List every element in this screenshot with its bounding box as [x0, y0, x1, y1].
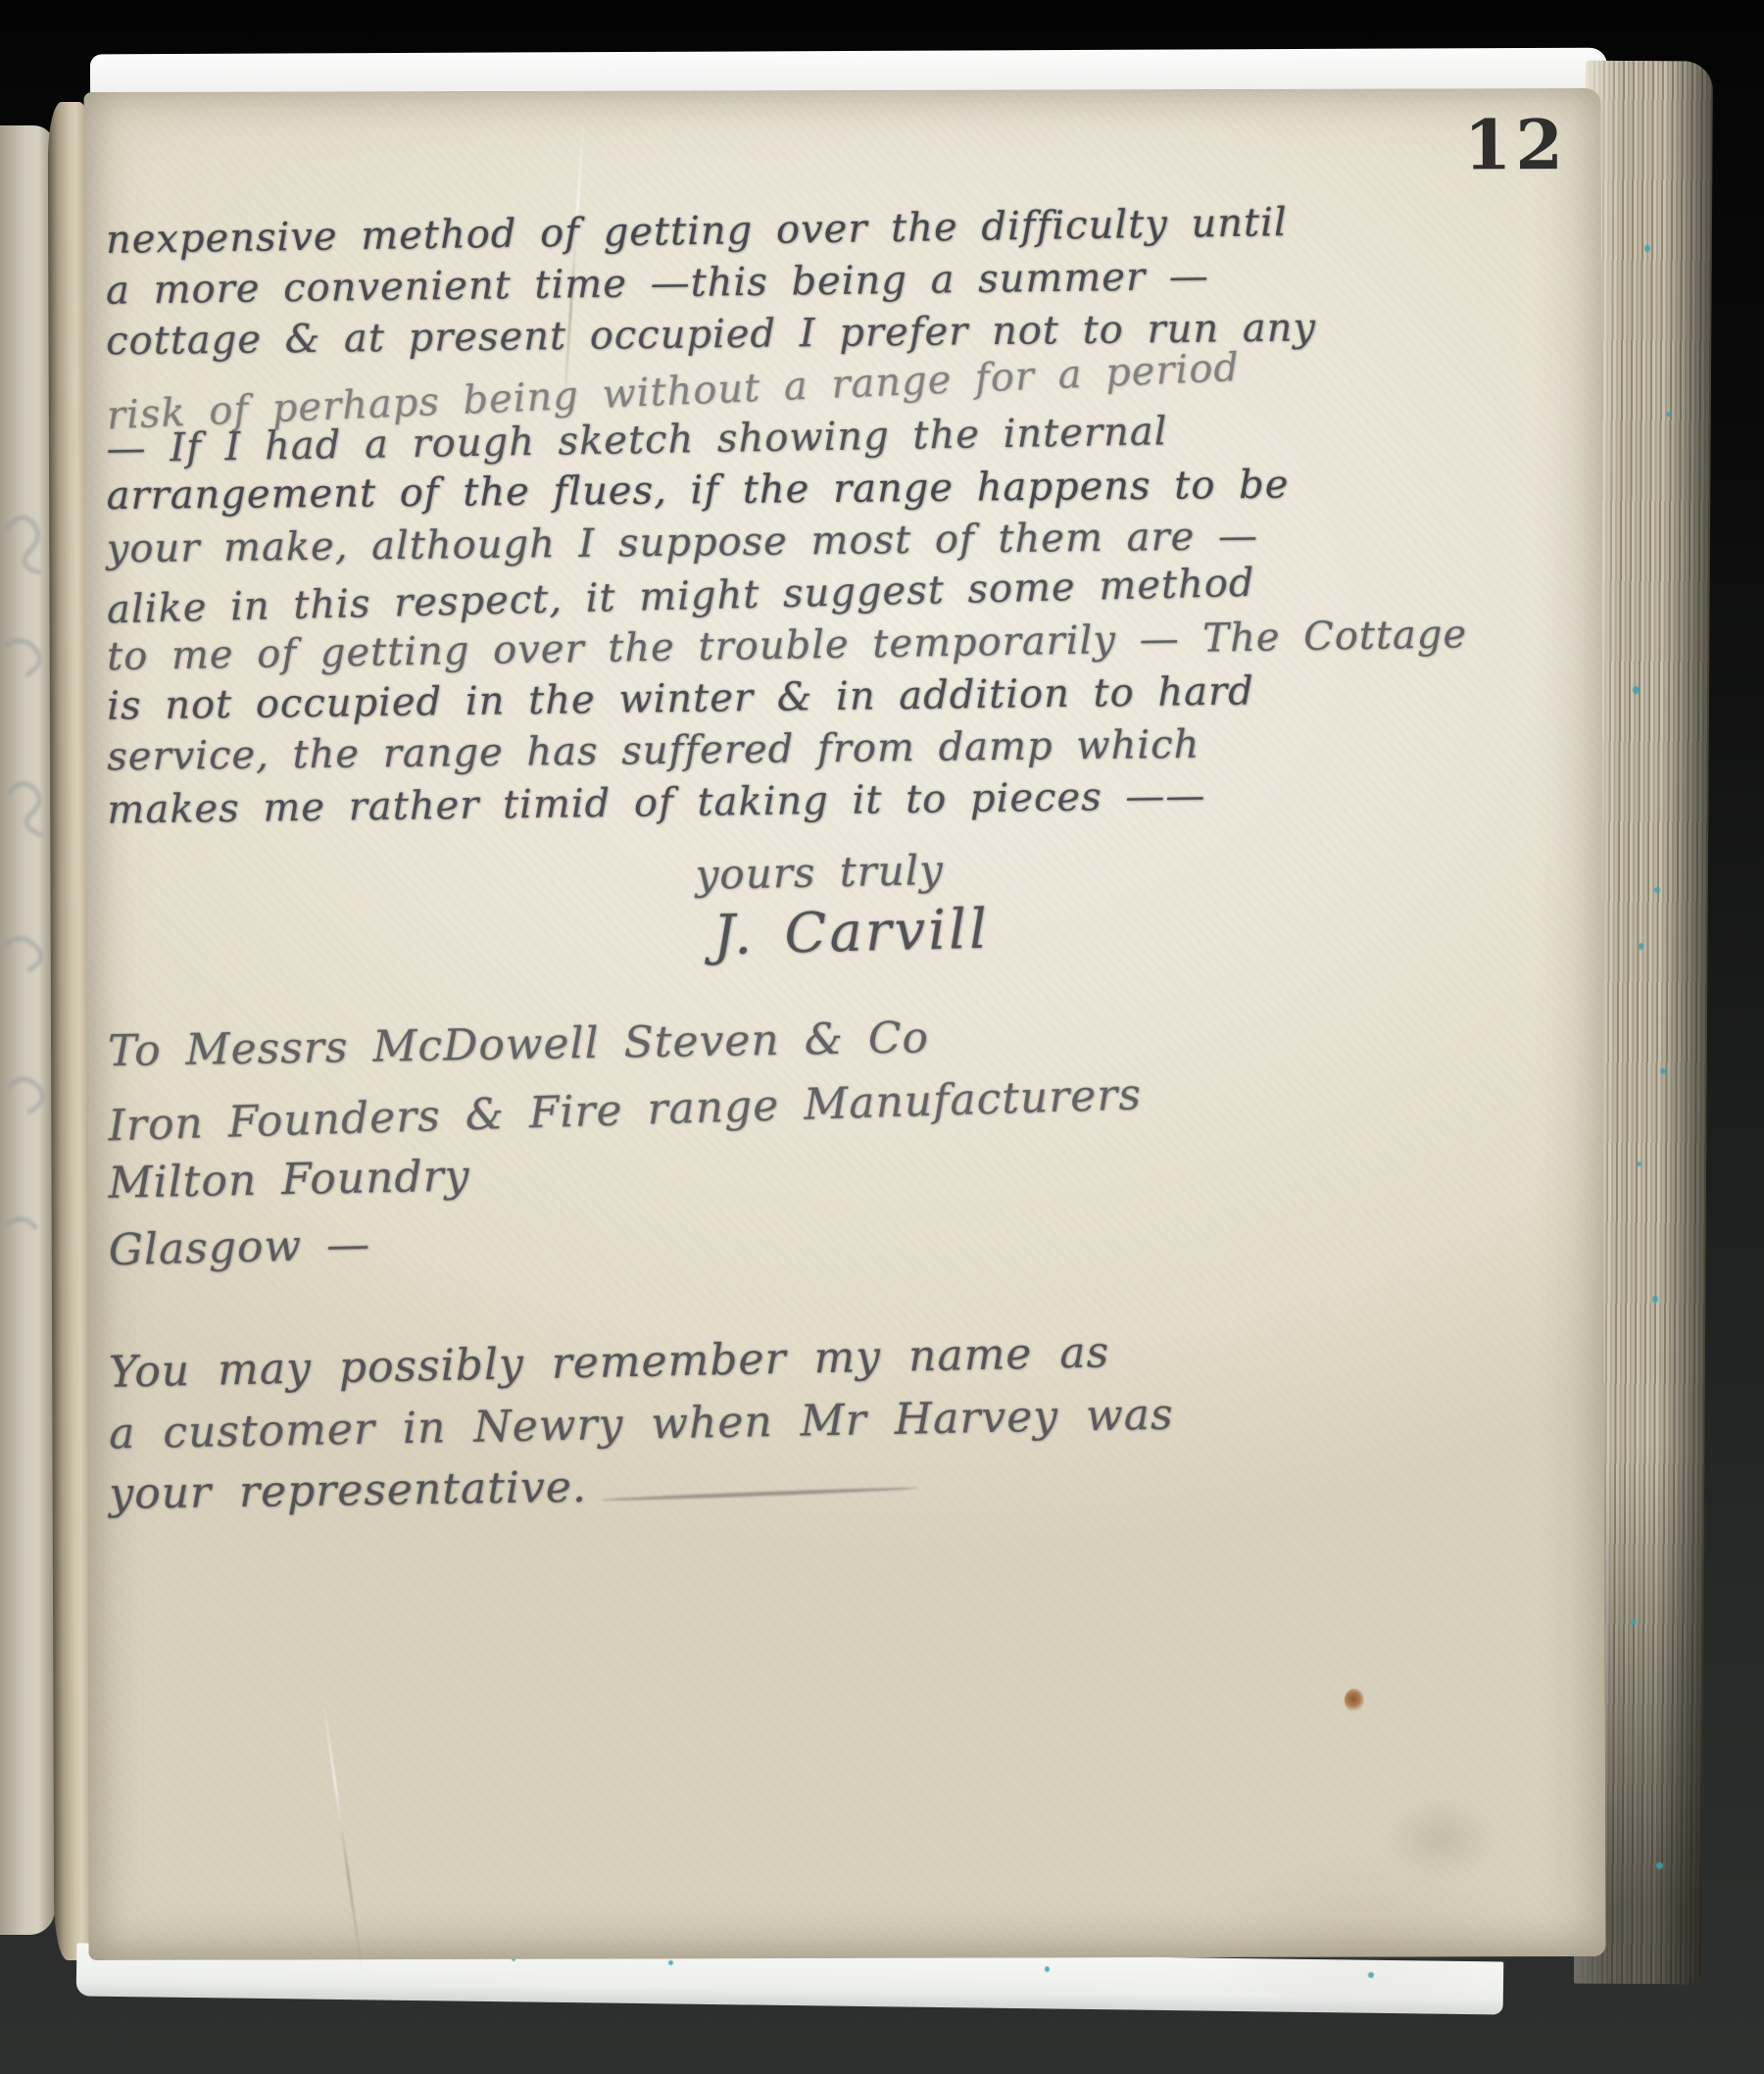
ghost-writing-marks: [0, 498, 55, 1478]
recipient-address: To Messrs McDowell Steven & Co Iron Foun…: [108, 1006, 1549, 1268]
ink-speckle: [1654, 887, 1660, 893]
ink-speckle: [1644, 245, 1650, 252]
notebook-page: 12 nexpensive method of getting over the…: [84, 88, 1606, 1960]
ink-speckle: [1637, 1161, 1641, 1166]
ink-speckle: [1656, 1862, 1663, 1869]
ink-speckle: [1045, 1966, 1050, 1972]
letter-postscript: You may possibly remember my name as a c…: [109, 1325, 1549, 1517]
letter-closing: yours truly: [695, 832, 1548, 901]
rust-stain: [1345, 1689, 1364, 1712]
facing-page-edge: [0, 125, 55, 1935]
ink-speckle: [1631, 1619, 1636, 1625]
ink-speckle: [1633, 686, 1640, 694]
letter-signature: J. Carvill: [712, 890, 1548, 962]
ink-speckle: [1652, 1296, 1658, 1303]
letterbook-scan: 12 nexpensive method of getting over the…: [0, 0, 1764, 2074]
ink-speckle: [668, 1960, 673, 1965]
letter-text: nexpensive method of getting over the di…: [106, 202, 1549, 1517]
ink-speckle: [1639, 943, 1643, 950]
ink-speckle: [1666, 412, 1671, 417]
paper-crease: [321, 1701, 364, 1973]
page-number: 12: [1464, 104, 1568, 185]
discoloration-stain: [1196, 1843, 1519, 2020]
ink-speckle: [1660, 1068, 1666, 1074]
